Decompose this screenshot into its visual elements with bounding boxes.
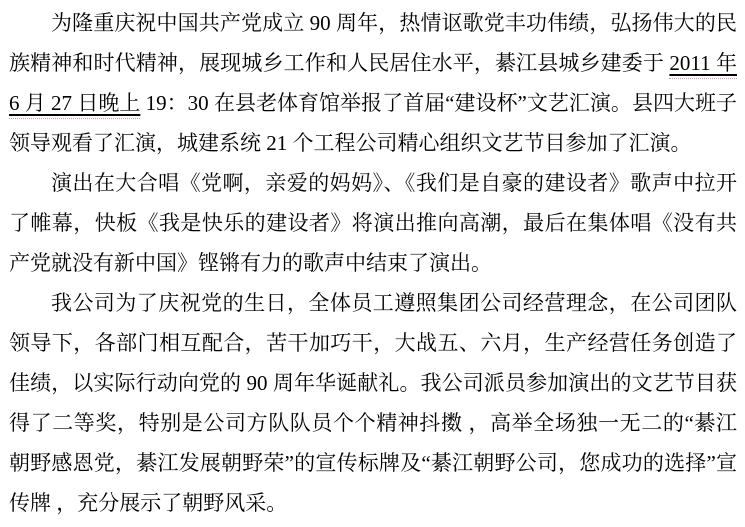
paragraph-performance-program: 演出在大合唱《党啊，亲爱的妈妈》、《我们是自豪的建设者》歌声中拉开了帷幕，快板《… — [9, 163, 737, 283]
document-page: 为隆重庆祝中国共产党成立 90 周年，热情讴歌党丰功伟绩，弘扬伟大的民族精神和时… — [0, 0, 745, 527]
text-run: 我公司为了庆祝党的生日，全体员工遵照集团公司经营理念，在公司团队领导下，各部门相… — [9, 291, 737, 515]
paragraph-company-achievements: 我公司为了庆祝党的生日，全体员工遵照集团公司经营理念，在公司团队领导下，各部门相… — [9, 283, 737, 523]
text-run: 演出在大合唱《党啊，亲爱的妈妈》、《我们是自豪的建设者》歌声中拉开了帷幕，快板《… — [9, 171, 737, 275]
text-run: 为隆重庆祝中国共产党成立 90 周年，热情讴歌党丰功伟绩，弘扬伟大的民族精神和时… — [9, 11, 737, 75]
paragraph-celebration-intro: 为隆重庆祝中国共产党成立 90 周年，热情讴歌党丰功伟绩，弘扬伟大的民族精神和时… — [9, 3, 737, 163]
